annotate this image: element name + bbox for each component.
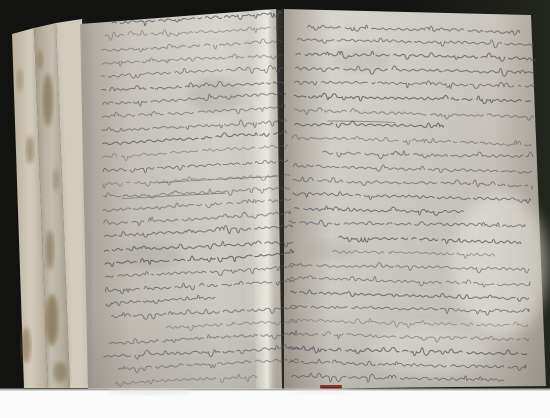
ink-smudge — [189, 77, 241, 113]
light-highlight — [452, 193, 548, 337]
foxing-stain — [53, 362, 67, 382]
bottom-white-strip — [0, 389, 550, 418]
scan-shadow-1 — [108, 389, 192, 395]
ink-smudge — [306, 240, 354, 260]
photo-bottom-edge — [0, 389, 550, 392]
foxing-stain — [37, 50, 43, 70]
foxing-stain — [21, 327, 31, 363]
light-highlight — [370, 324, 490, 376]
foxing-stain — [43, 74, 53, 126]
manuscript-photo — [0, 0, 550, 418]
foxing-stain — [46, 230, 54, 270]
scan-shadow-2 — [290, 389, 350, 394]
foxing-stain — [46, 294, 58, 346]
foxing-stain — [26, 136, 34, 164]
foxing-stain — [17, 68, 23, 92]
white-margin — [0, 390, 550, 418]
manuscript-photo-container — [0, 0, 550, 418]
foxing-stain — [53, 168, 59, 192]
